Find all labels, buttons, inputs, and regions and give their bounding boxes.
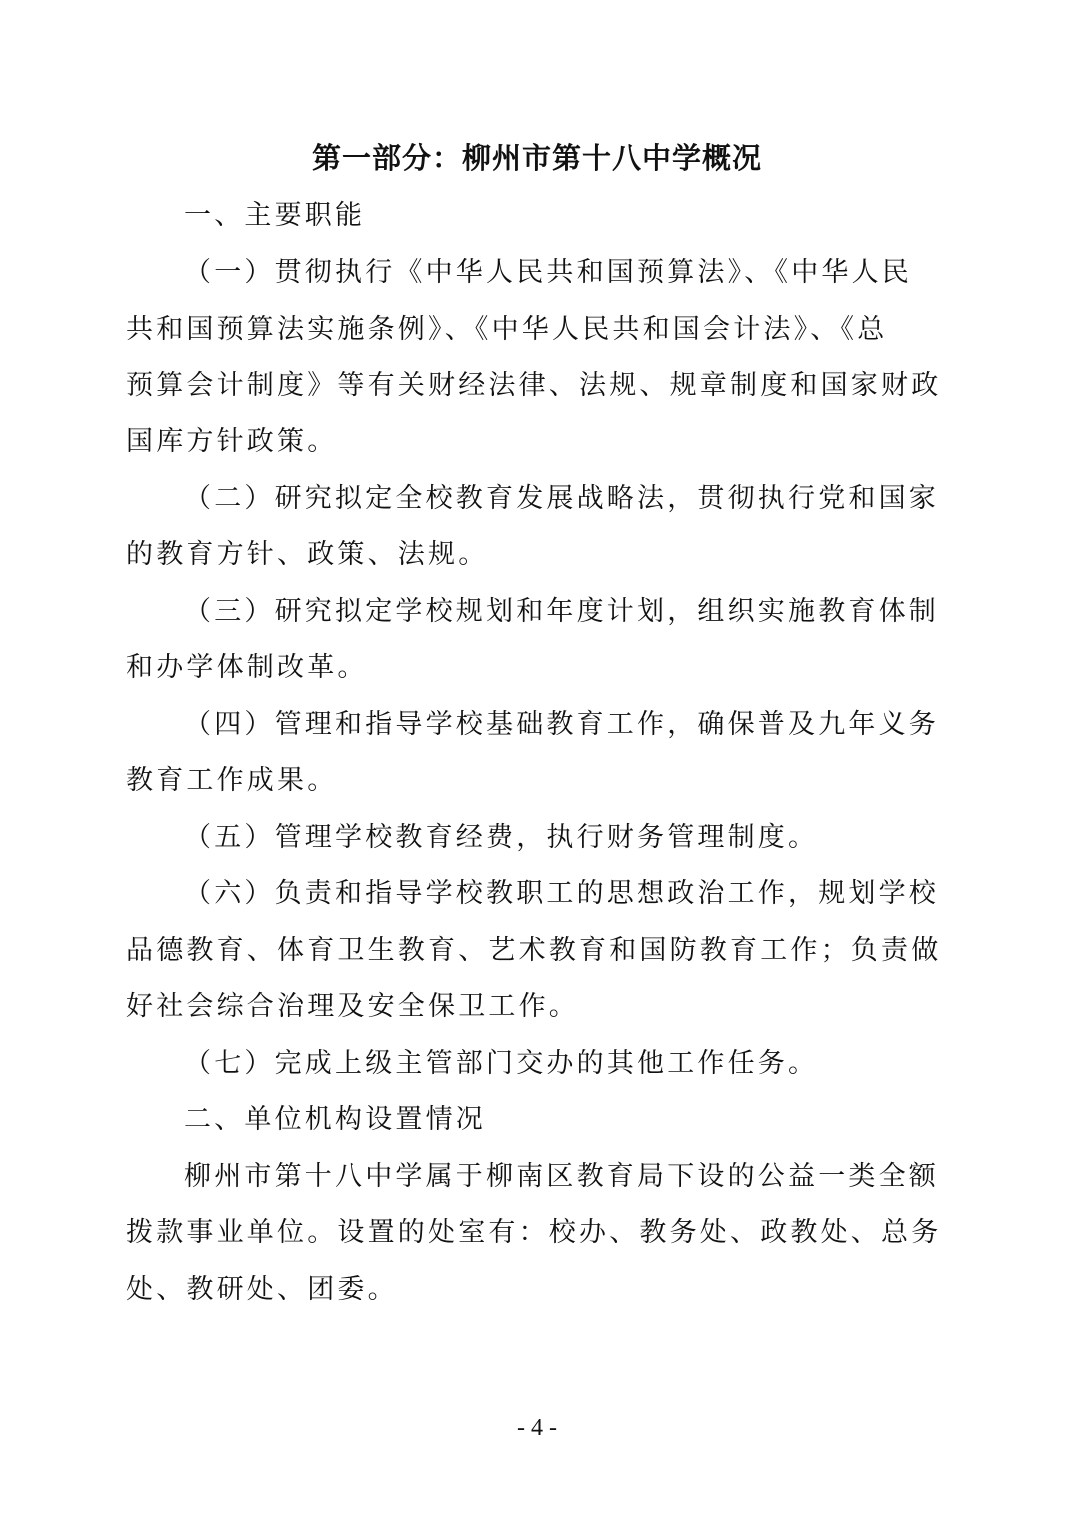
paragraph-line: （四）管理和指导学校基础教育工作，确保普及九年义务 [184, 705, 974, 745]
section-heading-organization: 二、单位机构设置情况 [184, 1100, 974, 1140]
paragraph-line: （七）完成上级主管部门交办的其他工作任务。 [184, 1044, 974, 1084]
paragraph-line: （五）管理学校教育经费，执行财务管理制度。 [184, 818, 974, 858]
paragraph-line: 国库方针政策。 [126, 422, 916, 462]
paragraph-line: 共和国预算法实施条例》、《中华人民共和国会计法》、《总 [126, 310, 916, 350]
section-heading-main-functions: 一、主要职能 [184, 196, 974, 236]
paragraph-line: 好社会综合治理及安全保卫工作。 [126, 987, 916, 1027]
paragraph-line: 处、教研处、团委。 [126, 1270, 916, 1310]
document-page: 第一部分：柳州市第十八中学概况 一、主要职能 （一）贯彻执行《中华人民共和国预算… [0, 0, 1074, 1520]
paragraph-line: 品德教育、体育卫生教育、艺术教育和国防教育工作；负责做 [126, 931, 916, 971]
page-title: 第一部分：柳州市第十八中学概况 [0, 138, 1074, 178]
paragraph-line: （六）负责和指导学校教职工的思想政治工作，规划学校 [184, 874, 974, 914]
paragraph-line: 的教育方针、政策、法规。 [126, 535, 916, 575]
paragraph-line: 和办学体制改革。 [126, 648, 916, 688]
paragraph-line: 拨款事业单位。设置的处室有：校办、教务处、政教处、总务 [126, 1213, 916, 1253]
paragraph-line: （三）研究拟定学校规划和年度计划，组织实施教育体制 [184, 592, 974, 632]
page-number: - 4 - [0, 1412, 1074, 1444]
paragraph-line: （一）贯彻执行《中华人民共和国预算法》、《中华人民 [184, 253, 974, 293]
paragraph-line: 教育工作成果。 [126, 761, 916, 801]
paragraph-line: （二）研究拟定全校教育发展战略法，贯彻执行党和国家 [184, 479, 974, 519]
paragraph-line: 柳州市第十八中学属于柳南区教育局下设的公益一类全额 [184, 1157, 974, 1197]
paragraph-line: 预算会计制度》等有关财经法律、法规、规章制度和国家财政 [126, 366, 916, 406]
